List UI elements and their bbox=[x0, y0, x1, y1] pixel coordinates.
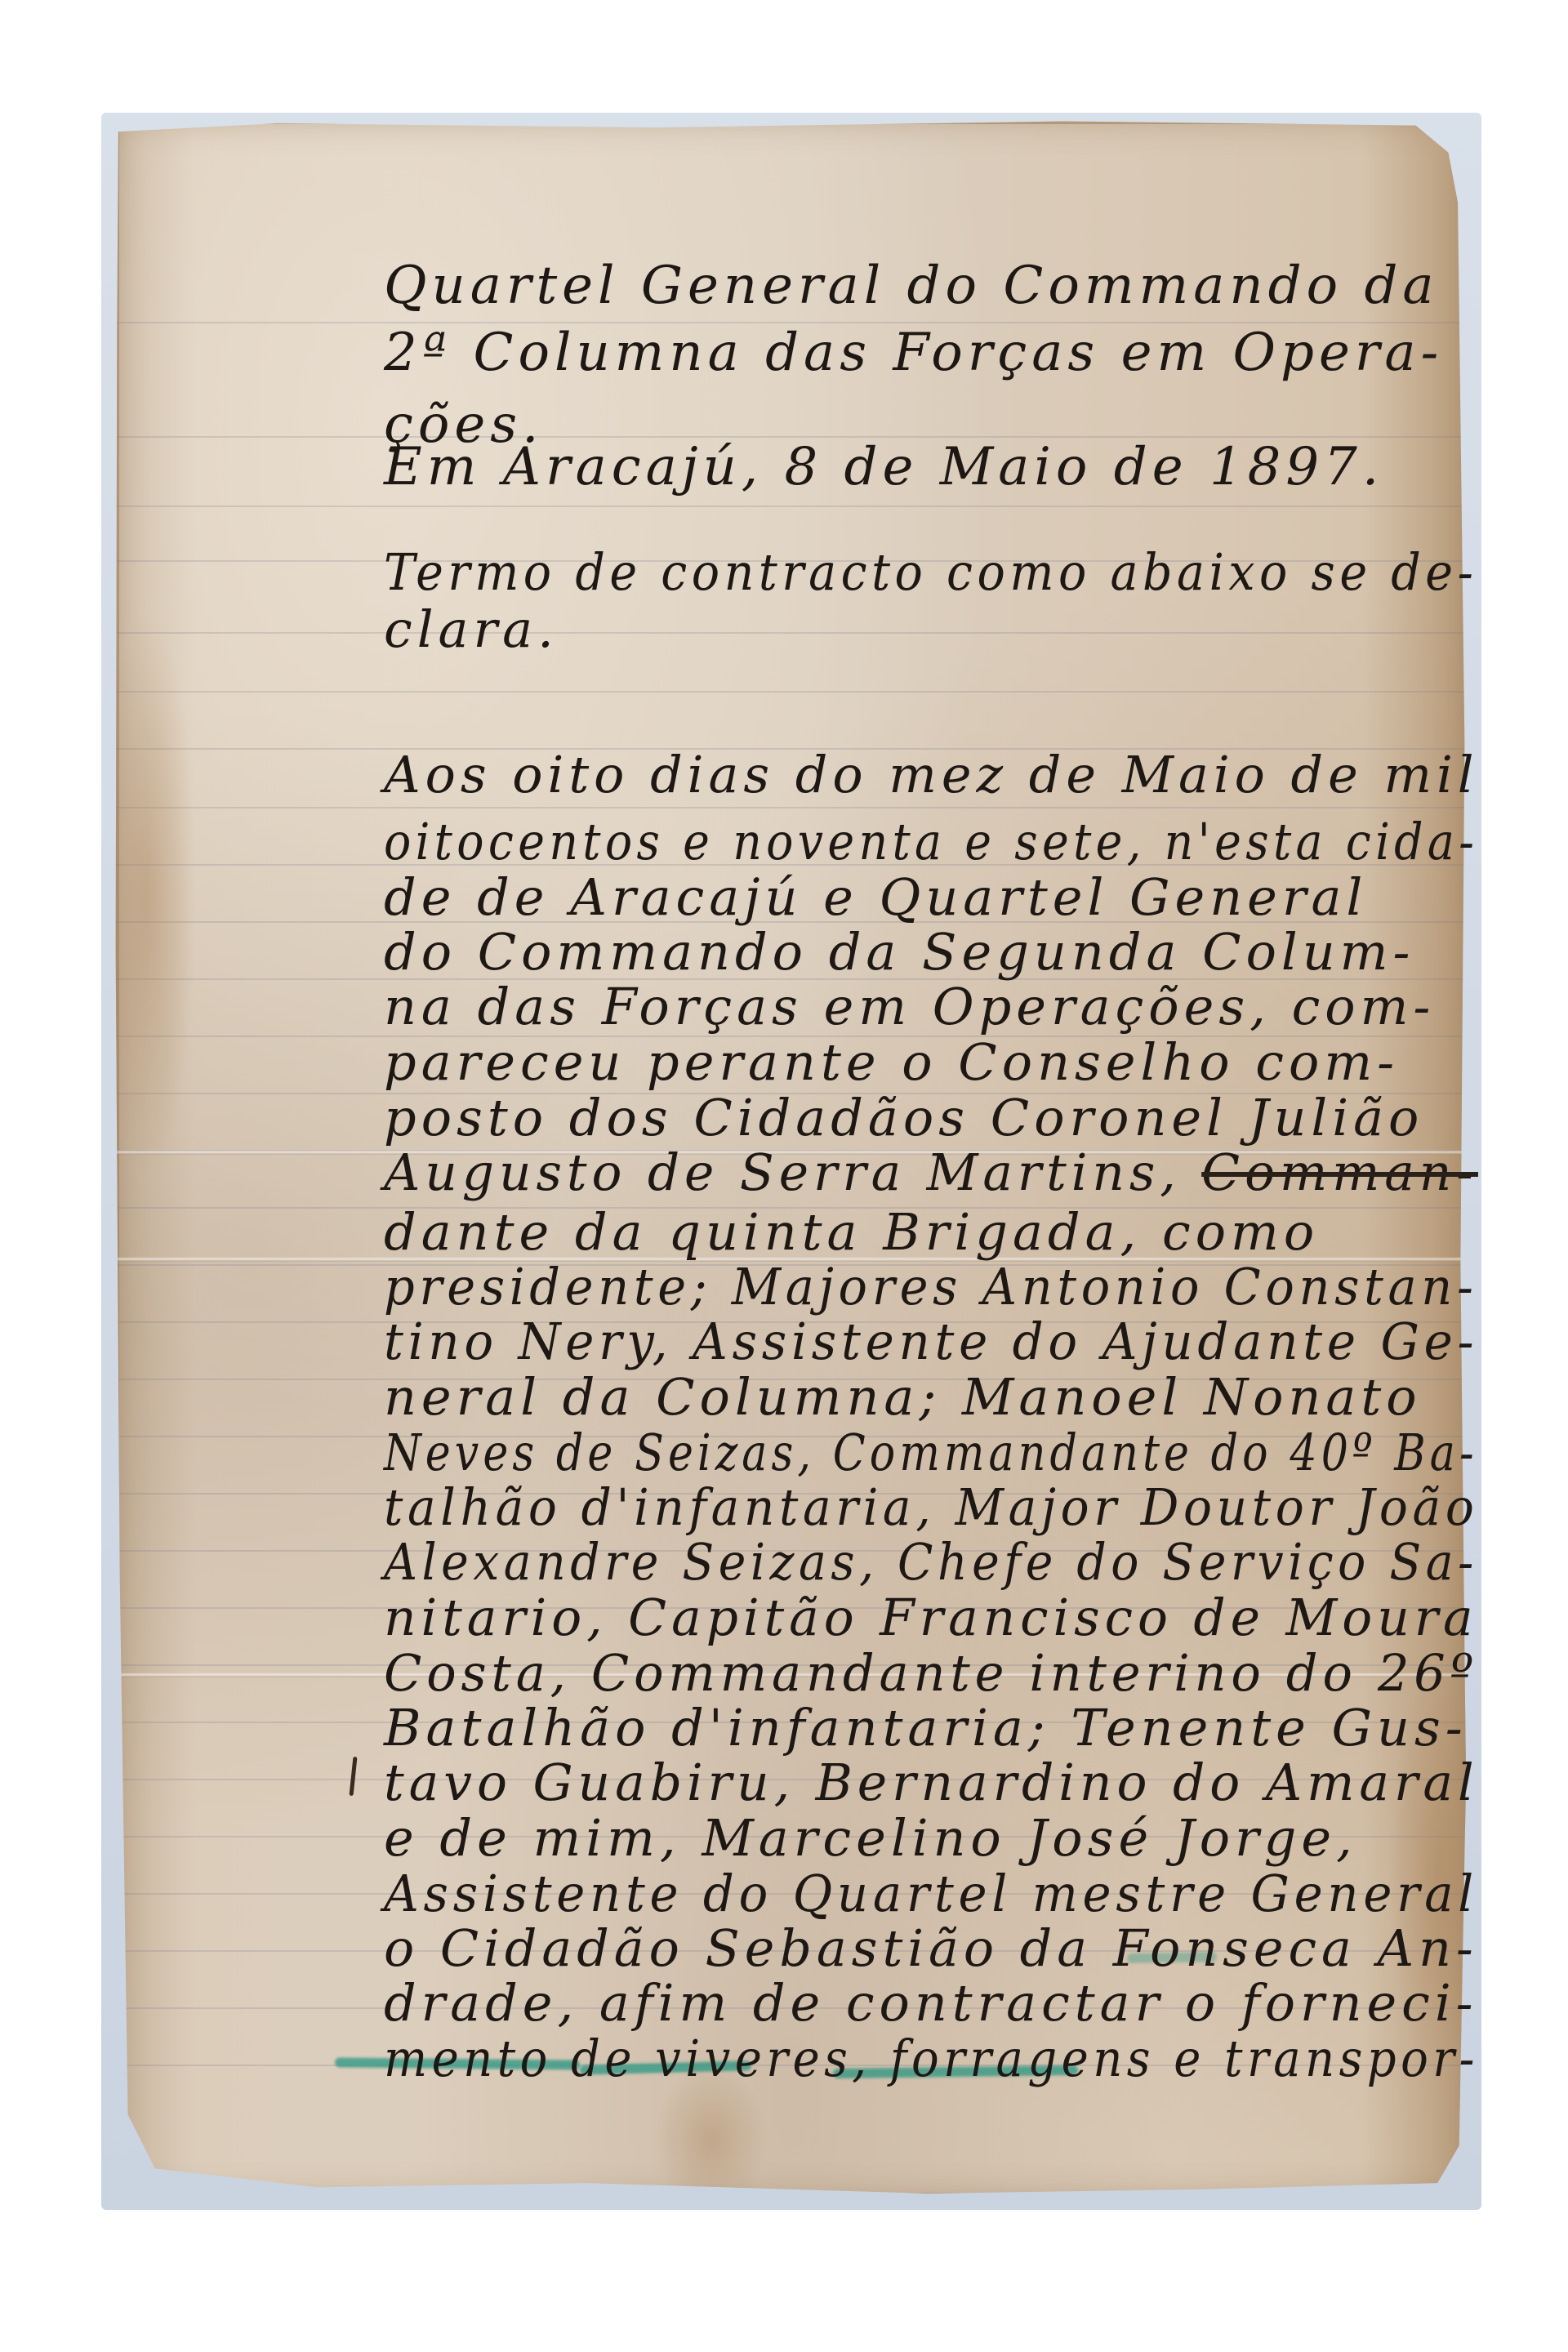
body-line: dante da quinta Brigada, como bbox=[384, 1207, 1319, 1258]
body-line: Batalhão d'infantaria; Tenente Gus- bbox=[384, 1703, 1468, 1753]
margin-mark bbox=[350, 1757, 358, 1796]
body-line: na das Forças em Operações, com- bbox=[384, 982, 1435, 1032]
struck-word: Comman- bbox=[1201, 1143, 1478, 1202]
body-line: Alexandre Seizas, Chefe do Serviço Sa- bbox=[384, 1537, 1478, 1588]
ruled-line bbox=[114, 506, 1470, 507]
body-line: drade, afim de contractar o forneci- bbox=[384, 1978, 1478, 2029]
body-line: Aos oito dias do mez de Maio de mil bbox=[384, 750, 1479, 800]
header-line-1: Quartel General do Commando da bbox=[384, 260, 1439, 312]
body-line: Neves de Seizas, Commandante do 40º Ba- bbox=[384, 1428, 1478, 1478]
body-line: Costa, Commandante interino do 26º bbox=[384, 1648, 1478, 1699]
body-line: oitocentos e noventa e sete, n'esta cida… bbox=[384, 817, 1478, 867]
date-line: Em Aracajú, 8 de Maio de 1897. bbox=[384, 441, 1383, 493]
ruled-line bbox=[114, 807, 1470, 808]
body-line: nitario, Capitão Francisco de Moura bbox=[384, 1592, 1478, 1643]
body-line: neral da Columna; Manoel Nonato bbox=[384, 1372, 1422, 1423]
body-line: posto dos Cidadãos Coronel Julião bbox=[384, 1093, 1423, 1143]
body-line: tino Nery, Assistente do Ajudante Ge- bbox=[384, 1316, 1478, 1367]
body-line: mento de viveres, forragens e transpor- bbox=[384, 2033, 1479, 2084]
body-line: talhão d'infantaria, Major Doutor João bbox=[384, 1482, 1478, 1533]
body-line: pareceu perante o Conselho com- bbox=[384, 1037, 1399, 1088]
ruled-line bbox=[114, 632, 1470, 634]
title-line-2: clara. bbox=[384, 604, 559, 655]
header-line-2: 2ª Columna das Forças em Opera- bbox=[384, 327, 1443, 379]
title-line-1: Termo de contracto como abaixo se de- bbox=[384, 547, 1477, 598]
line-text: Augusto de Serra Martins, bbox=[384, 1143, 1201, 1202]
body-line: Assistente do Quartel mestre General bbox=[384, 1869, 1478, 1919]
body-line: tavo Guabiru, Bernardino do Amaral bbox=[384, 1757, 1479, 1808]
body-line: do Commando da Segunda Colum- bbox=[384, 927, 1414, 978]
ruled-line bbox=[114, 691, 1470, 693]
body-line: de de Aracajú e Quartel General bbox=[384, 872, 1367, 923]
body-line: presidente; Majores Antonio Constan- bbox=[384, 1262, 1478, 1312]
body-line: o Cidadão Sebastião da Fonseca An- bbox=[384, 1923, 1478, 1974]
body-line: e de mim, Marcelino José Jorge, bbox=[384, 1813, 1357, 1864]
body-line-struck: Augusto de Serra Martins, Comman- bbox=[384, 1147, 1478, 1198]
